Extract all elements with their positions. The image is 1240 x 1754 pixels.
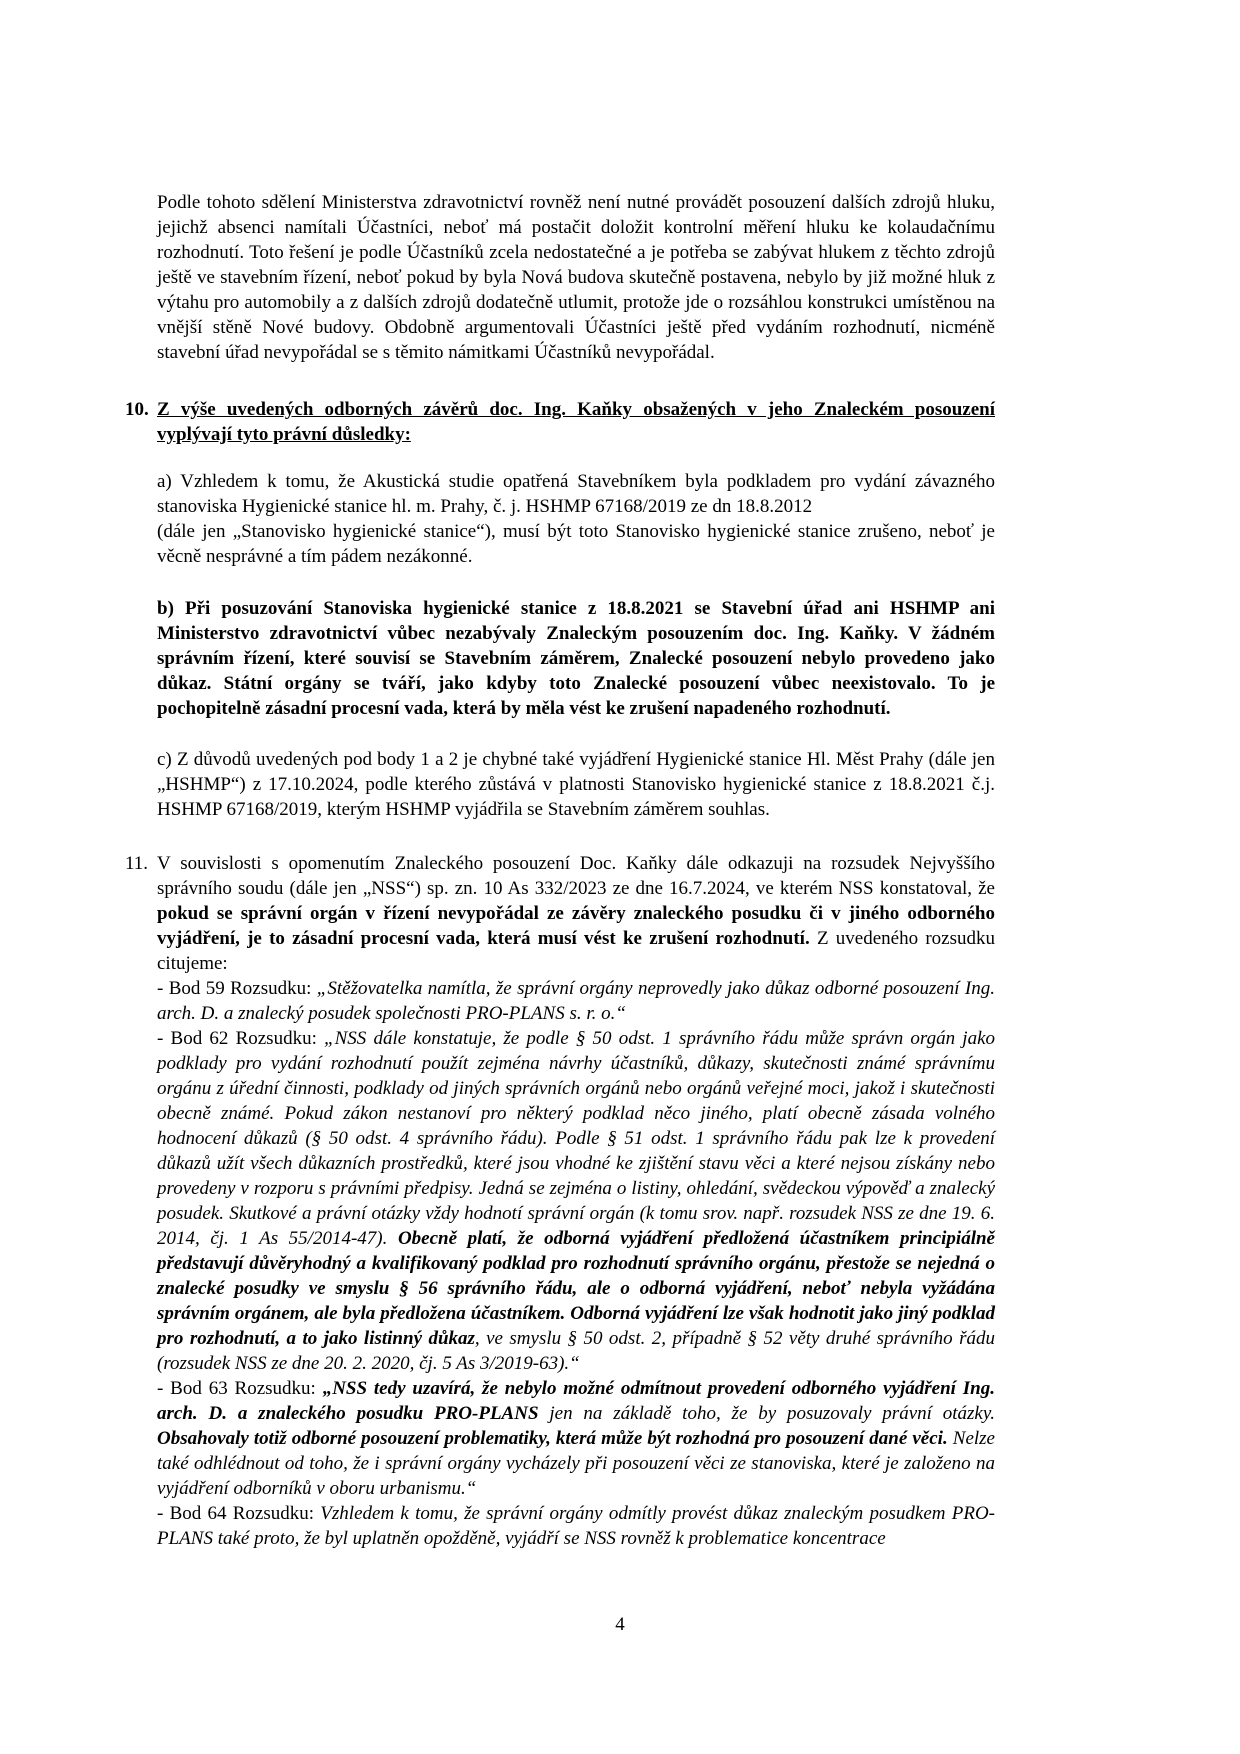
document-body: Podle tohoto sdělení Ministerstva zdravo… bbox=[157, 190, 995, 1551]
text-segment: V souvislosti s opomenutím Znaleckého po… bbox=[157, 853, 995, 899]
section-10-number: 10. bbox=[125, 397, 149, 422]
text-segment: „NSS dále konstatuje, že podle § 50 odst… bbox=[157, 1028, 995, 1249]
text-segment: Z výše uvedených odborných závěrů doc. I… bbox=[157, 399, 995, 445]
intro-paragraph: Podle tohoto sdělení Ministerstva zdravo… bbox=[157, 190, 995, 365]
section-10-sub-c: c) Z důvodů uvedených pod body 1 a 2 je … bbox=[157, 747, 995, 822]
section-10-heading: Z výše uvedených odborných závěrů doc. I… bbox=[157, 397, 995, 447]
section-10: 10. Z výše uvedených odborných závěrů do… bbox=[157, 397, 995, 822]
text-segment: - Bod 64 Rozsudku: bbox=[157, 1503, 320, 1524]
section-11-number: 11. bbox=[125, 851, 148, 876]
text-segment: - Bod 62 Rozsudku: bbox=[157, 1028, 324, 1049]
document-page: Podle tohoto sdělení Ministerstva zdravo… bbox=[0, 0, 1240, 1754]
text-segment: Obsahovaly totiž odborné posouzení probl… bbox=[157, 1428, 953, 1449]
section-10-sub-b: b) Při posuzování Stanoviska hygienické … bbox=[157, 596, 995, 721]
section-11-paragraph: V souvislosti s opomenutím Znaleckého po… bbox=[157, 851, 995, 1551]
text-segment: b) Při posuzování Stanoviska hygienické … bbox=[157, 598, 995, 719]
section-10-sub-a: a) Vzhledem k tomu, že Akustická studie … bbox=[157, 469, 995, 569]
text-segment: (dále jen „Stanovisko hygienické stanice… bbox=[157, 521, 995, 567]
text-segment: jen na základě toho, že by posuzovaly pr… bbox=[549, 1403, 995, 1424]
text-segment: a) Vzhledem k tomu, že Akustická studie … bbox=[157, 471, 995, 517]
text-segment: - Bod 59 Rozsudku: bbox=[157, 978, 317, 999]
page-number: 4 bbox=[0, 1612, 1240, 1637]
text-segment: - Bod 63 Rozsudku: bbox=[157, 1378, 323, 1399]
text-segment: Podle tohoto sdělení Ministerstva zdravo… bbox=[157, 192, 995, 363]
text-segment: c) Z důvodů uvedených pod body 1 a 2 je … bbox=[157, 749, 995, 820]
section-11: 11. V souvislosti s opomenutím Znaleckéh… bbox=[157, 851, 995, 1551]
